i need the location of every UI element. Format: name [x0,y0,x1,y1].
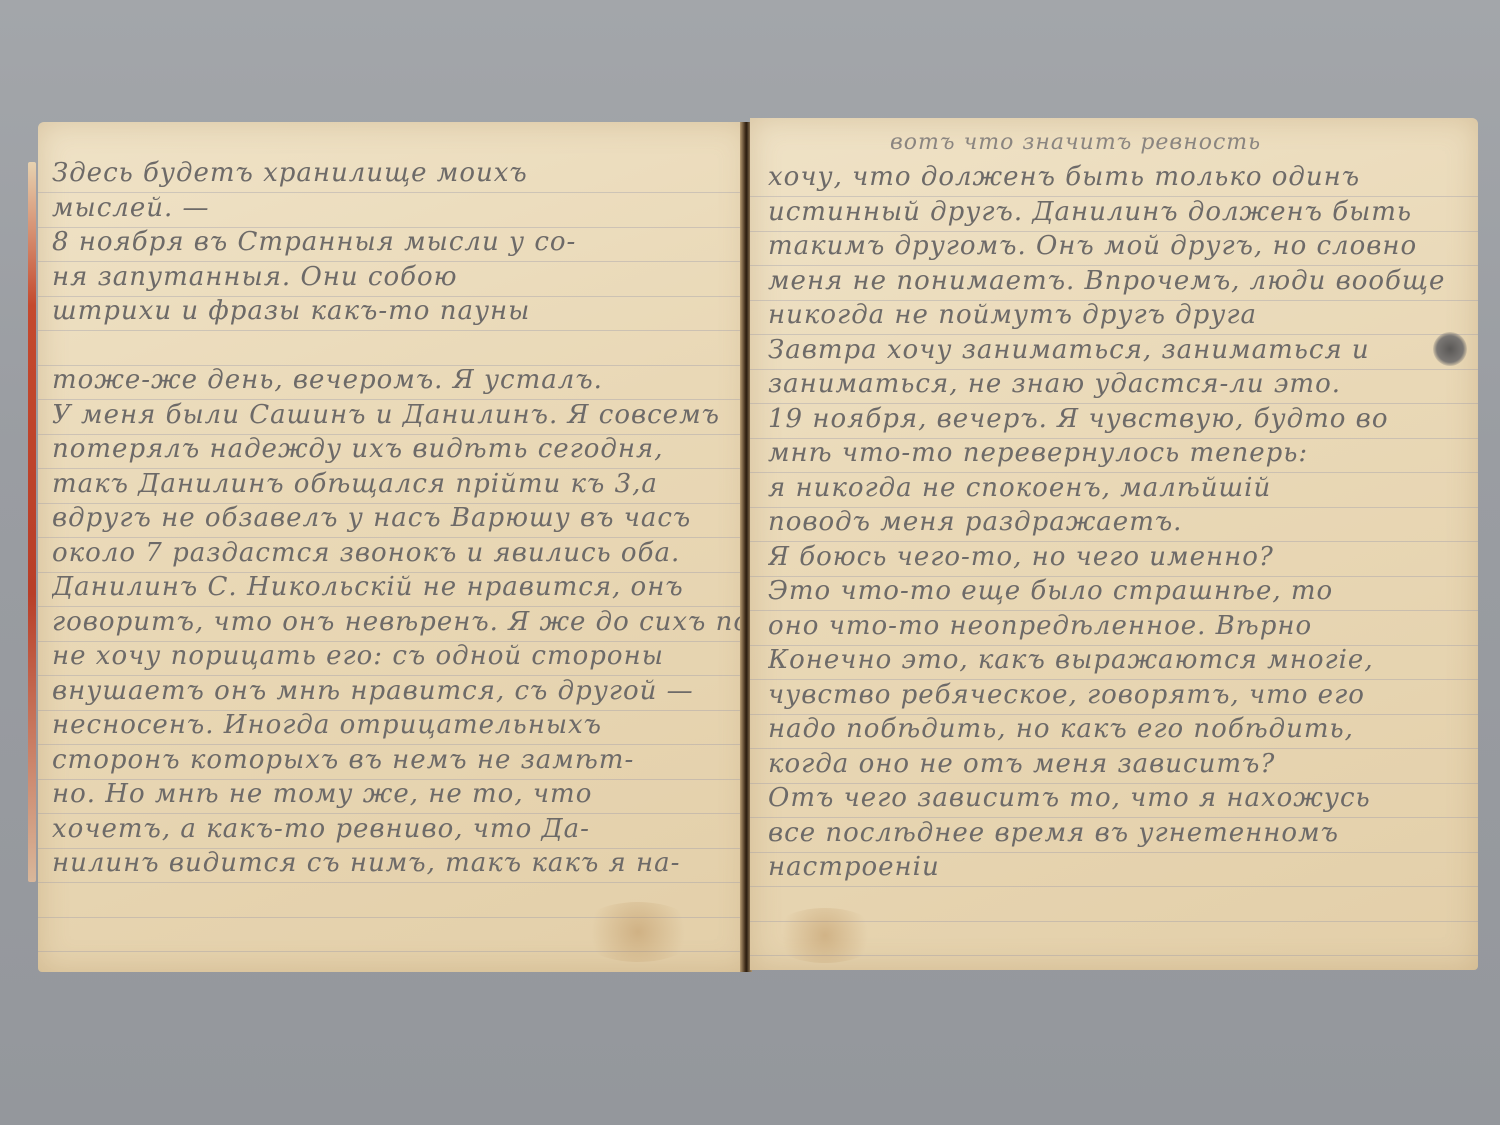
handwritten-line: настроеніи [768,848,1468,886]
pencil-scribble [1433,332,1467,366]
handwritten-line: заниматься, не знаю удастся-ли это. [768,365,1468,403]
handwritten-line [52,327,740,365]
handwritten-line: штрихи и фразы какъ-то пауны [52,292,740,330]
handwritten-line: я никогда не спокоенъ, малѣйшій [768,469,1468,507]
handwritten-line: 8 ноября въ Странныя мысли у со- [52,223,740,261]
handwritten-line: сторонъ которыхъ въ немъ не замѣт- [52,741,740,779]
handwritten-line: такъ Данилинъ обѣщался прійти къ 3,а [52,465,740,503]
left-page-text: Здесь будетъ хранилище моихъмыслей. —8 н… [38,122,750,972]
handwritten-line: Я боюсь чего-то, но чего именно? [768,538,1468,576]
handwritten-line: не хочу порицать его: съ одной стороны [52,637,740,675]
handwritten-line: такимъ другомъ. Онъ мой другъ, но словно [768,227,1468,265]
handwritten-line: внушаетъ онъ мнѣ нравится, съ другой — [52,672,740,710]
handwritten-line: около 7 раздастся звонокъ и явились оба. [52,534,740,572]
handwritten-line: чувство ребяческое, говорятъ, что его [768,676,1468,714]
handwritten-line: 19 ноября, вечеръ. Я чувствую, будто во [768,400,1468,438]
handwritten-line: когда оно не отъ меня зависитъ? [768,745,1468,783]
handwritten-line: нилинъ видится съ нимъ, такъ какъ я на- [52,844,740,882]
handwritten-line: поводъ меня раздражаетъ. [768,503,1468,541]
handwritten-line: но. Но мнѣ не тому же, не то, что [52,775,740,813]
handwritten-line: несносенъ. Иногда отрицательныхъ [52,706,740,744]
right-page: вотъ что значитъ ревность хочу, что долж… [750,118,1478,970]
open-notebook: Здесь будетъ хранилище моихъмыслей. —8 н… [28,122,1484,972]
handwritten-line: все послѣднее время въ угнетенномъ [768,814,1468,852]
handwritten-line: ня запутанныя. Они собою [52,258,740,296]
handwritten-line: Отъ чего зависитъ то, что я нахожусь [768,779,1468,817]
handwritten-line: Завтра хочу заниматься, заниматься и [768,331,1468,369]
handwritten-line: мыслей. — [52,189,740,227]
handwritten-line: никогда не поймутъ другъ друга [768,296,1468,334]
handwritten-line: Здесь будетъ хранилище моихъ [52,154,740,192]
handwritten-line: оно что-то неопредѣленное. Вѣрно [768,607,1468,645]
handwritten-line: У меня были Сашинъ и Данилинъ. Я совсемъ [52,396,740,434]
left-page: Здесь будетъ хранилище моихъмыслей. —8 н… [38,122,750,972]
handwritten-line: вдругъ не обзавелъ у насъ Варюшу въ часъ [52,499,740,537]
water-stain [578,902,698,962]
handwritten-line: говоритъ, что онъ невѣренъ. Я же до сихъ… [52,603,740,641]
handwritten-line: надо побѣдить, но какъ его побѣдить, [768,710,1468,748]
handwritten-line: Конечно это, какъ выражаются многіе, [768,641,1468,679]
right-page-text: хочу, что долженъ быть только одинъистин… [750,118,1478,970]
handwritten-line: хочетъ, а какъ-то ревниво, что Да- [52,810,740,848]
handwritten-line: мнѣ что-то перевернулось теперь: [768,434,1468,472]
red-page-edge [28,162,36,882]
handwritten-line: хочу, что долженъ быть только одинъ [768,158,1468,196]
water-stain [770,908,880,963]
handwritten-line: Это что-то еще было страшнѣе, то [768,572,1468,610]
handwritten-line: потерялъ надежду ихъ видѣть сегодня, [52,430,740,468]
handwritten-line: меня не понимаетъ. Впрочемъ, люди вообще [768,262,1468,300]
handwritten-line: истинный другъ. Данилинъ долженъ быть [768,193,1468,231]
handwritten-line: Данилинъ С. Никольскій не нравится, онъ [52,568,740,606]
handwritten-line: тоже-же день, вечеромъ. Я усталъ. [52,361,740,399]
